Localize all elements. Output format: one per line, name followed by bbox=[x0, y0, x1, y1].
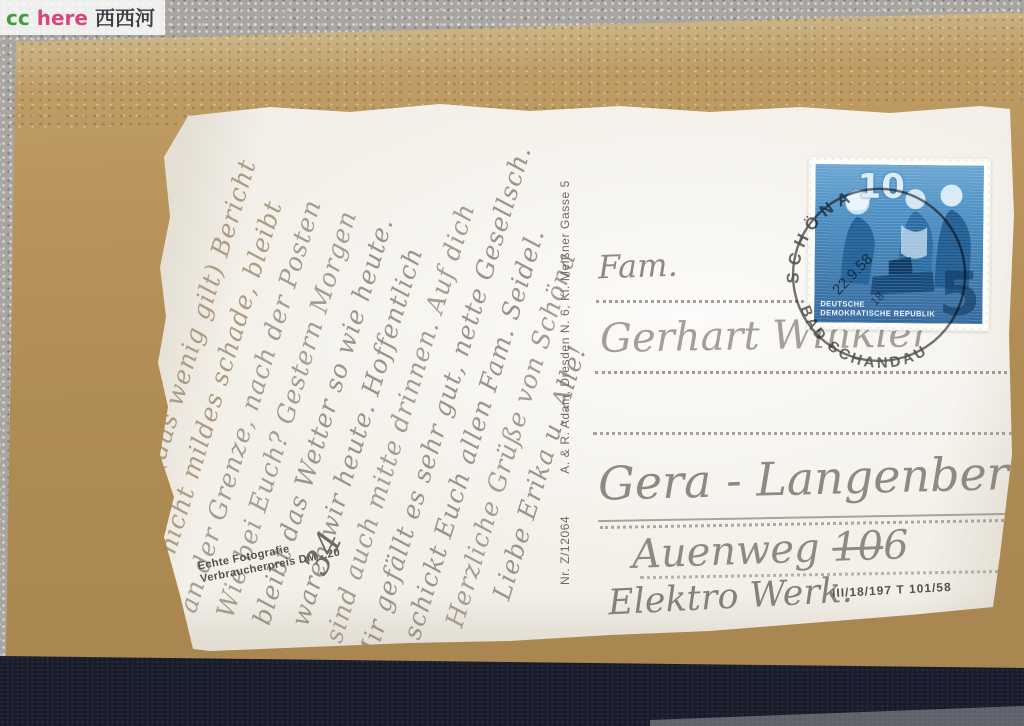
street-number: 6 bbox=[882, 522, 909, 569]
postmark-time: 18 bbox=[868, 289, 888, 309]
watermark-cc: cc bbox=[6, 6, 30, 30]
address-salutation: Fam. bbox=[597, 246, 678, 287]
publisher-imprint: A. & R. Adam, Dresden N. 6, Kl. Meißner … bbox=[558, 180, 572, 474]
postmark-date: 22.9.58 bbox=[829, 251, 876, 299]
address-dotted-line bbox=[593, 432, 1013, 435]
photo-scene: mal. erst allein (das wenig gilt) Berich… bbox=[0, 0, 1024, 726]
address-street: Auenweg 106 bbox=[631, 522, 909, 578]
watermark: cc here 西西河 bbox=[0, 0, 165, 35]
watermark-here: here bbox=[37, 6, 88, 30]
postmark: SCHÖNA BAD SCHANDAU 22.9.58 18 bbox=[752, 143, 1004, 396]
postcard-back: mal. erst allein (das wenig gilt) Berich… bbox=[150, 95, 1018, 660]
divider-imprint: Nr. Z/12064 A. & R. Adam, Dresden N. 6, … bbox=[557, 115, 573, 585]
card-number: Nr. Z/12064 bbox=[558, 516, 572, 585]
street-word: Auenweg bbox=[631, 525, 820, 578]
street-number-struck: 10 bbox=[831, 523, 883, 571]
watermark-site-name: 西西河 bbox=[95, 2, 155, 31]
address-city: Gera - Langenberg bbox=[597, 445, 1024, 511]
